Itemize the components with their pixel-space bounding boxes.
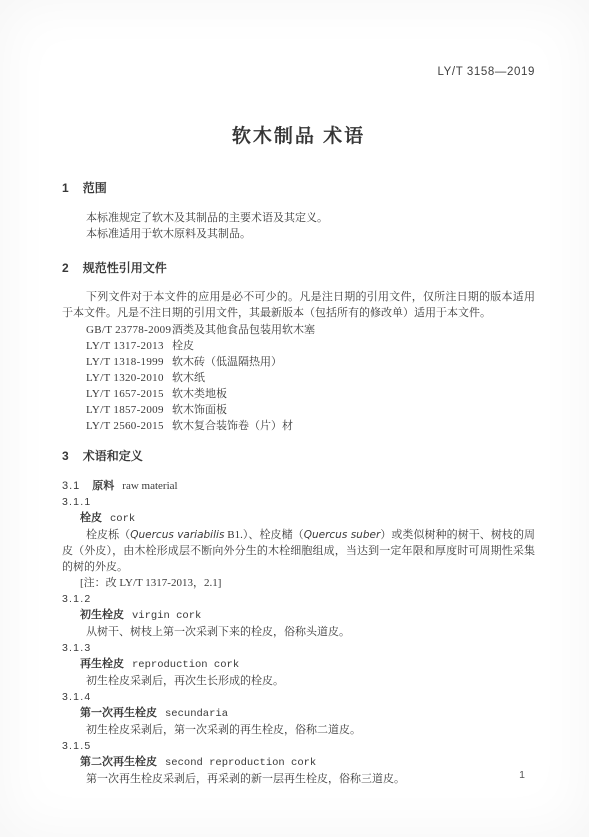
standard-code: LY/T 3158—2019 [62,64,535,80]
term-entry-second-reproduction-cork: 3.1.5 第二次再生栓皮second reproduction cork 第一… [62,738,535,787]
term-definition: 初生栓皮采剥后，再次生长形成的栓皮。 [62,673,535,689]
reference-item: LY/T 2560-2015软木复合装饰卷（片）材 [62,418,535,434]
section-title: 范围 [83,181,107,195]
reference-item: LY/T 1318-1999软木砖（低温隔热用） [62,354,535,370]
section-heading-scope: 1范围 [62,180,535,196]
latin-species-name: Quercus suber [304,529,381,541]
reference-title: 软木类地板 [172,388,227,400]
reference-title: 软木纸 [172,372,205,384]
references-list: GB/T 23778-2009酒类及其他食品包装用软木塞 LY/T 1317-2… [62,322,535,434]
term-name-line: 第一次再生栓皮secundaria [62,705,535,722]
scope-paragraphs: 本标准规定了软木及其制品的主要术语及其定义。 本标准适用于软木原料及其制品。 [62,210,535,242]
page-number: 1 [519,769,525,781]
section-title: 术语和定义 [83,449,143,463]
section-heading-terms: 3术语和定义 [62,448,535,464]
term-name-en: cork [110,513,135,525]
term-name-cn: 第二次再生栓皮 [80,756,157,768]
term-group-number: 3.1 [62,480,80,492]
reference-title: 酒类及其他食品包装用软木塞 [172,324,315,336]
term-definition: 第一次再生栓皮采剥后，再采剥的新一层再生栓皮，俗称三道皮。 [62,771,535,787]
reference-code: LY/T 2560-2015 [86,418,172,434]
term-definition: 从树干、树枝上第一次采剥下来的栓皮，俗称头道皮。 [62,624,535,640]
reference-code: LY/T 1317-2013 [86,338,172,354]
reference-code: LY/T 1857-2009 [86,402,172,418]
term-name-en: secundaria [165,708,228,720]
section-number: 2 [62,261,69,275]
term-group-name-en: raw material [122,480,177,492]
term-number: 3.1.1 [62,494,535,510]
term-group-name-cn: 原料 [92,480,114,492]
reference-item: LY/T 1857-2009软木饰面板 [62,402,535,418]
term-name-cn: 初生栓皮 [80,609,124,621]
term-name-line: 再生栓皮reproduction cork [62,656,535,673]
term-name-cn: 栓皮 [80,512,102,524]
latin-species-name: Quercus variabilis [130,529,224,541]
term-name-line: 第二次再生栓皮second reproduction cork [62,754,535,771]
document-body: LY/T 3158—2019 软木制品 术语 1范围 本标准规定了软木及其制品的… [0,0,589,787]
reference-item: LY/T 1657-2015软木类地板 [62,386,535,402]
reference-item: GB/T 23778-2009酒类及其他食品包装用软木塞 [62,322,535,338]
term-entry-virgin-cork: 3.1.2 初生栓皮virgin cork 从树干、树枝上第一次采剥下来的栓皮，… [62,591,535,640]
term-number: 3.1.3 [62,640,535,656]
definition-text: 栓皮栎（ [86,529,130,541]
term-name-en: virgin cork [132,610,201,622]
document-page: LY/T 3158—2019 软木制品 术语 1范围 本标准规定了软木及其制品的… [0,0,589,837]
term-name-cn: 第一次再生栓皮 [80,707,157,719]
term-group-raw-material: 3.1原料raw material [62,478,535,494]
scope-paragraph: 本标准规定了软木及其制品的主要术语及其定义。 [62,210,535,226]
term-note: [注：改 LY/T 1317-2013，2.1] [62,575,535,591]
reference-title: 软木砖（低温隔热用） [172,356,282,368]
term-number: 3.1.2 [62,591,535,607]
reference-code: LY/T 1657-2015 [86,386,172,402]
references-intro: 下列文件对于本文件的应用是必不可少的。凡是注日期的引用文件，仅所注日期的版本适用… [62,289,535,321]
section-title: 规范性引用文件 [83,261,167,275]
section-number: 3 [62,449,69,463]
definition-text: B1.）、栓皮槠（ [224,529,303,541]
reference-code: GB/T 23778-2009 [86,322,172,338]
term-name-cn: 再生栓皮 [80,658,124,670]
scope-paragraph: 本标准适用于软木原料及其制品。 [62,226,535,242]
term-number: 3.1.5 [62,738,535,754]
term-entry-cork: 3.1.1 栓皮cork 栓皮栎（Quercus variabilis B1.）… [62,494,535,591]
reference-item: LY/T 1320-2010软木纸 [62,370,535,386]
term-definition: 栓皮栎（Quercus variabilis B1.）、栓皮槠（Quercus … [62,527,535,575]
term-name-en: reproduction cork [132,659,239,671]
term-entry-secundaria: 3.1.4 第一次再生栓皮secundaria 初生栓皮采剥后，第一次采剥的再生… [62,689,535,738]
term-name-line: 栓皮cork [62,510,535,527]
reference-code: LY/T 1318-1999 [86,354,172,370]
section-number: 1 [62,181,69,195]
term-definition: 初生栓皮采剥后，第一次采剥的再生栓皮，俗称二道皮。 [62,722,535,738]
reference-title: 软木复合装饰卷（片）材 [172,420,293,432]
reference-title: 软木饰面板 [172,404,227,416]
document-title: 软木制品 术语 [62,127,535,147]
reference-code: LY/T 1320-2010 [86,370,172,386]
term-entry-reproduction-cork: 3.1.3 再生栓皮reproduction cork 初生栓皮采剥后，再次生长… [62,640,535,689]
term-number: 3.1.4 [62,689,535,705]
reference-item: LY/T 1317-2013栓皮 [62,338,535,354]
term-name-line: 初生栓皮virgin cork [62,607,535,624]
reference-title: 栓皮 [172,340,194,352]
term-name-en: second reproduction cork [165,757,316,769]
section-heading-references: 2规范性引用文件 [62,260,535,276]
